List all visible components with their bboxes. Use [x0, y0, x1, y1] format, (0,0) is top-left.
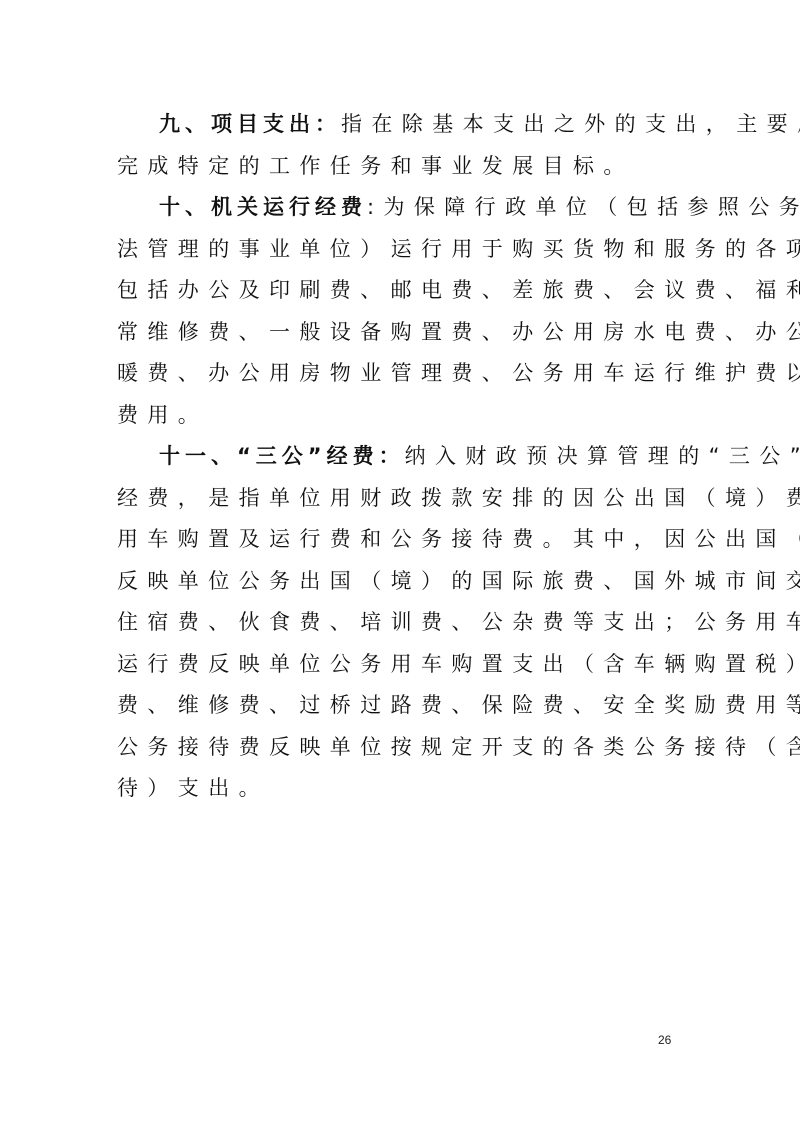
paragraph-11-line-5: 住宿费、伙食费、培训费、公杂费等支出；公务用车购置及 [117, 602, 687, 644]
paragraph-10-heading: 十、机关运行经费 [159, 195, 367, 219]
paragraph-11-line-7: 费、维修费、过桥过路费、保险费、安全奖励费用等支出； [117, 685, 687, 727]
paragraph-11-line-1: 十一、“三公”经费：纳入财政预决算管理的“三公” [117, 436, 687, 478]
paragraph-9-heading: 九、项目支出： [159, 112, 341, 136]
paragraph-11-line-8: 公务接待费反映单位按规定开支的各类公务接待（含外宾接 [117, 727, 687, 769]
paragraph-11-heading: 十一、“三公”经费： [159, 444, 405, 468]
page-number: 26 [658, 1033, 671, 1047]
document-page: 九、项目支出：指在除基本支出之外的支出，主要用于 完成特定的工作任务和事业发展目… [0, 0, 800, 1132]
paragraph-10-text: :为保障行政单位（包括参照公务员 [367, 195, 800, 219]
paragraph-10-line-3: 包括办公及印刷费、邮电费、差旅费、会议费、福利费、日 [117, 270, 687, 312]
paragraph-9-line-2: 完成特定的工作任务和事业发展目标。 [117, 146, 687, 188]
paragraph-11-line-4: 反映单位公务出国（境）的国际旅费、国外城市间交通费、 [117, 561, 687, 603]
paragraph-11-line-6: 运行费反映单位公务用车购置支出（含车辆购置税）及燃料 [117, 644, 687, 686]
paragraph-10-line-1: 十、机关运行经费:为保障行政单位（包括参照公务员 [117, 187, 687, 229]
paragraph-11-line-3: 用车购置及运行费和公务接待费。其中，因公出国（境）费 [117, 519, 687, 561]
paragraph-10-line-6: 费用。 [117, 395, 687, 437]
paragraph-11-line-2: 经费，是指单位用财政拨款安排的因公出国（境）费、公务 [117, 478, 687, 520]
paragraph-11-line-9: 待）支出。 [117, 768, 687, 810]
paragraph-9-text: 指在除基本支出之外的支出，主要用于 [341, 112, 800, 136]
document-body: 九、项目支出：指在除基本支出之外的支出，主要用于 完成特定的工作任务和事业发展目… [117, 104, 687, 810]
paragraph-10-line-4: 常维修费、一般设备购置费、办公用房水电费、办公用房取 [117, 312, 687, 354]
paragraph-9-line-1: 九、项目支出：指在除基本支出之外的支出，主要用于 [117, 104, 687, 146]
paragraph-10-line-2: 法管理的事业单位）运行用于购买货物和服务的各项资金， [117, 229, 687, 271]
paragraph-11-text: 纳入财政预决算管理的“三公” [405, 444, 800, 468]
paragraph-10-line-5: 暖费、办公用房物业管理费、公务用车运行维护费以及其他 [117, 353, 687, 395]
